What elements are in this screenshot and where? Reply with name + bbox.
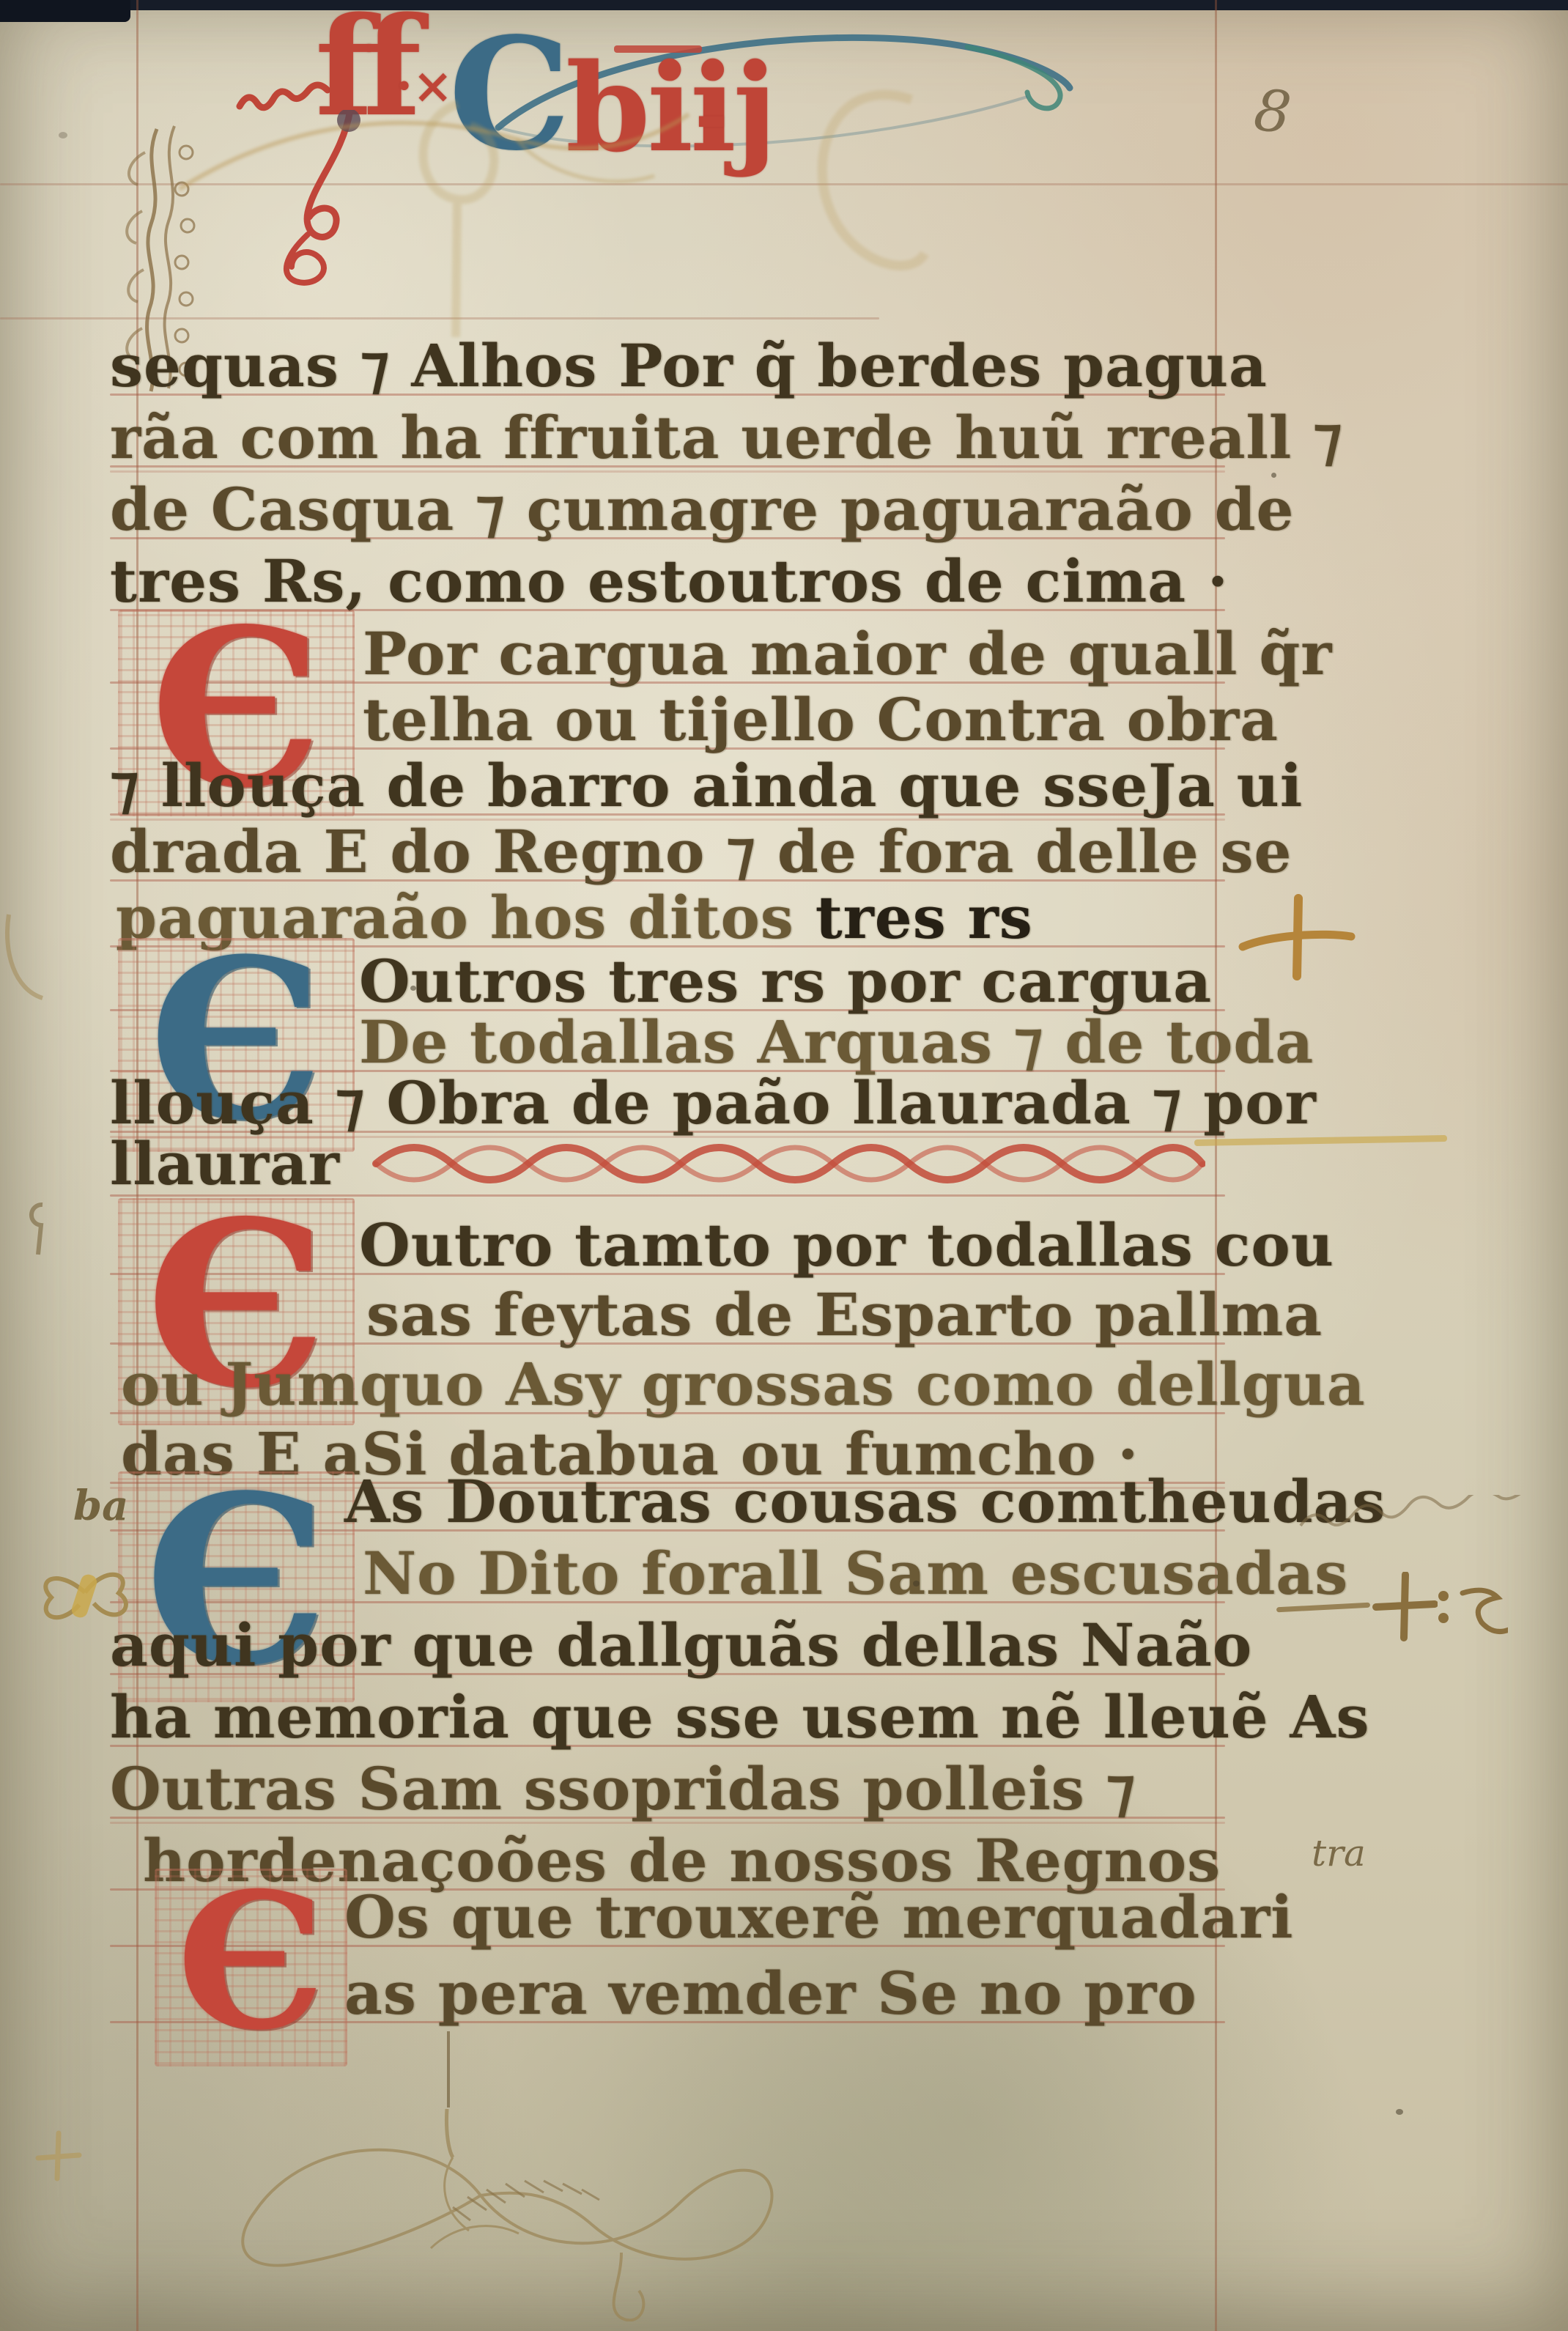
margin-plus-icon [1372,1572,1438,1641]
text-line: Outras Sam ssopridas polleis ⁊ [110,1756,1136,1821]
text-line: ou Jumquo Asy grossas como dellgua [121,1352,1366,1416]
text-line: As Doutras cousas comtheudas [344,1469,1386,1534]
text-line: as pera vemder Se no pro [344,1961,1197,2025]
ink-speck [410,986,416,991]
book-top-edge [0,0,1568,10]
text-line: Outro tamto por todallas cou [359,1213,1334,1277]
text-line: sequas ⁊ Alhos Por q̃ berdes pagua [110,333,1268,398]
ink-speck [913,1581,920,1586]
folio-number: 8 [1251,78,1294,147]
text-line: No Dito forall Sam escusadas [363,1541,1348,1606]
text-line: ⁊ llouça de barro ainda que sseJa ui [110,753,1303,818]
ink-speck [1271,473,1276,478]
book-top-edge-corner [0,0,130,22]
margin-tra-note: tra [1312,1832,1366,1874]
ghost-letter-right [774,67,942,339]
text-line: de Casqua ⁊ çumagre paguaraão de [110,477,1294,542]
margin-flower-doodle [34,1552,140,1636]
left-edge-curl [1,909,53,1004]
text-line: ha memoria que sse usem nẽ lleuẽ As [110,1685,1370,1749]
red-line-filler [370,1140,1205,1187]
ink-speck [1396,2109,1403,2115]
emphasized-words: tres rs [816,883,1033,952]
margin-cross-icon [1238,894,1356,982]
margin-ba-note: ba [73,1482,128,1530]
text-line: Por cargua maior de quall q̃r [363,621,1332,686]
left-edge-mark [13,1194,57,1260]
text-line: De todallas Arquas ⁊ de toda [359,1010,1314,1074]
text-line: telha ou tijello Contra obra [363,687,1279,752]
text-line: llouça ⁊ Obra de paão llaurada ⁊ por [110,1071,1317,1135]
numeral-macron [614,45,702,53]
margin-faint-note [1297,1495,1568,1539]
text-line: sas feytas de Esparto pallma [366,1282,1323,1347]
ink-speck [59,132,67,138]
text-line: aqui por que dallguãs dellas Naão [110,1613,1252,1677]
text-line: rãa com ha ffruita uerde huũ rreall ⁊ [110,405,1343,470]
ghost-letter-left [381,88,535,352]
margin-dots-z-mark [1435,1583,1508,1645]
text-line: Outros tres rs por cargua [359,949,1212,1013]
bottom-knot-flourish [211,2087,819,2321]
illuminated-initial-red: Є [165,1876,337,2059]
text-line: Os que trouxerẽ merquadari [344,1885,1294,1949]
text-line: drada E do Regno ⁊ de fora delle se [110,819,1292,884]
left-edge-plus [32,2129,84,2184]
manuscript-page: ff ·×· C biij - 8 sequas ⁊ Alhos Por q̃ … [0,0,1568,2331]
